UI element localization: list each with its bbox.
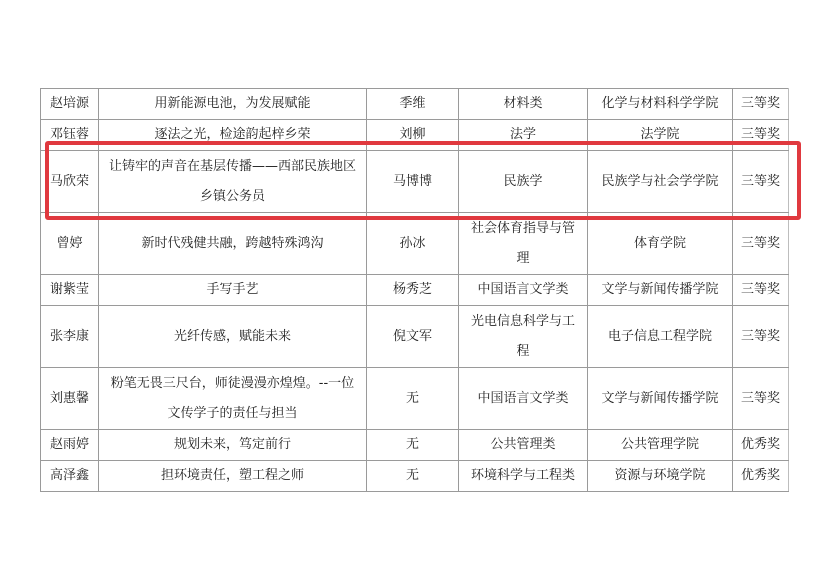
table-row: 邓钰蓉 逐法之光，检途韵起梓乡荣 刘柳 法学 法学院 三等奖 — [41, 120, 789, 151]
title-cell: 用新能源电池，为发展赋能 — [99, 89, 367, 120]
college-cell: 体育学院 — [588, 213, 733, 275]
document-page: 赵培源 用新能源电池，为发展赋能 季维 材料类 化学与材料科学学院 三等奖 邓钰… — [0, 0, 826, 584]
student-name-cell: 马欣荣 — [41, 151, 99, 213]
college-cell: 化学与材料科学学院 — [588, 89, 733, 120]
major-cell: 中国语言文学类 — [459, 368, 588, 430]
advisor-cell: 杨秀芝 — [367, 275, 459, 306]
student-name-cell: 赵培源 — [41, 89, 99, 120]
student-name-cell: 邓钰蓉 — [41, 120, 99, 151]
college-cell: 文学与新闻传播学院 — [588, 368, 733, 430]
student-name-cell: 张李康 — [41, 306, 99, 368]
student-name-cell: 谢紫莹 — [41, 275, 99, 306]
title-cell: 手写手艺 — [99, 275, 367, 306]
award-cell: 三等奖 — [733, 120, 789, 151]
college-cell: 民族学与社会学学院 — [588, 151, 733, 213]
title-cell: 规划未来，笃定前行 — [99, 430, 367, 461]
table-row: 曾婷 新时代残健共融，跨越特殊鸿沟 孙冰 社会体育指导与管理 体育学院 三等奖 — [41, 213, 789, 275]
college-cell: 法学院 — [588, 120, 733, 151]
award-cell: 三等奖 — [733, 213, 789, 275]
college-cell: 文学与新闻传播学院 — [588, 275, 733, 306]
award-cell: 优秀奖 — [733, 430, 789, 461]
table-row: 赵培源 用新能源电池，为发展赋能 季维 材料类 化学与材料科学学院 三等奖 — [41, 89, 789, 120]
advisor-cell: 孙冰 — [367, 213, 459, 275]
major-cell: 环境科学与工程类 — [459, 461, 588, 492]
advisor-cell: 无 — [367, 430, 459, 461]
title-cell: 担环境责任，塑工程之师 — [99, 461, 367, 492]
title-cell: 新时代残健共融，跨越特殊鸿沟 — [99, 213, 367, 275]
advisor-cell: 倪文军 — [367, 306, 459, 368]
student-name-cell: 赵雨婷 — [41, 430, 99, 461]
table-row-highlighted: 马欣荣 让铸牢的声音在基层传播——西部民族地区乡镇公务员 马博博 民族学 民族学… — [41, 151, 789, 213]
major-cell: 公共管理类 — [459, 430, 588, 461]
college-cell: 公共管理学院 — [588, 430, 733, 461]
major-cell: 中国语言文学类 — [459, 275, 588, 306]
advisor-cell: 无 — [367, 368, 459, 430]
student-name-cell: 高泽鑫 — [41, 461, 99, 492]
award-cell: 三等奖 — [733, 275, 789, 306]
major-cell: 民族学 — [459, 151, 588, 213]
student-name-cell: 刘惠馨 — [41, 368, 99, 430]
table-row: 赵雨婷 规划未来，笃定前行 无 公共管理类 公共管理学院 优秀奖 — [41, 430, 789, 461]
major-cell: 法学 — [459, 120, 588, 151]
title-cell: 让铸牢的声音在基层传播——西部民族地区乡镇公务员 — [99, 151, 367, 213]
title-cell: 光纤传感，赋能未来 — [99, 306, 367, 368]
title-cell: 粉笔无畏三尺台，师徒漫漫亦煌煌。--一位文传学子的责任与担当 — [99, 368, 367, 430]
awards-table: 赵培源 用新能源电池，为发展赋能 季维 材料类 化学与材料科学学院 三等奖 邓钰… — [40, 88, 789, 492]
table-row: 高泽鑫 担环境责任，塑工程之师 无 环境科学与工程类 资源与环境学院 优秀奖 — [41, 461, 789, 492]
award-cell: 三等奖 — [733, 368, 789, 430]
award-cell: 三等奖 — [733, 89, 789, 120]
advisor-cell: 马博博 — [367, 151, 459, 213]
award-cell: 优秀奖 — [733, 461, 789, 492]
college-cell: 电子信息工程学院 — [588, 306, 733, 368]
student-name-cell: 曾婷 — [41, 213, 99, 275]
major-cell: 材料类 — [459, 89, 588, 120]
advisor-cell: 无 — [367, 461, 459, 492]
title-cell: 逐法之光，检途韵起梓乡荣 — [99, 120, 367, 151]
advisor-cell: 季维 — [367, 89, 459, 120]
table-row: 张李康 光纤传感，赋能未来 倪文军 光电信息科学与工程 电子信息工程学院 三等奖 — [41, 306, 789, 368]
major-cell: 光电信息科学与工程 — [459, 306, 588, 368]
college-cell: 资源与环境学院 — [588, 461, 733, 492]
table-row: 刘惠馨 粉笔无畏三尺台，师徒漫漫亦煌煌。--一位文传学子的责任与担当 无 中国语… — [41, 368, 789, 430]
award-cell: 三等奖 — [733, 151, 789, 213]
award-cell: 三等奖 — [733, 306, 789, 368]
advisor-cell: 刘柳 — [367, 120, 459, 151]
table-row: 谢紫莹 手写手艺 杨秀芝 中国语言文学类 文学与新闻传播学院 三等奖 — [41, 275, 789, 306]
major-cell: 社会体育指导与管理 — [459, 213, 588, 275]
